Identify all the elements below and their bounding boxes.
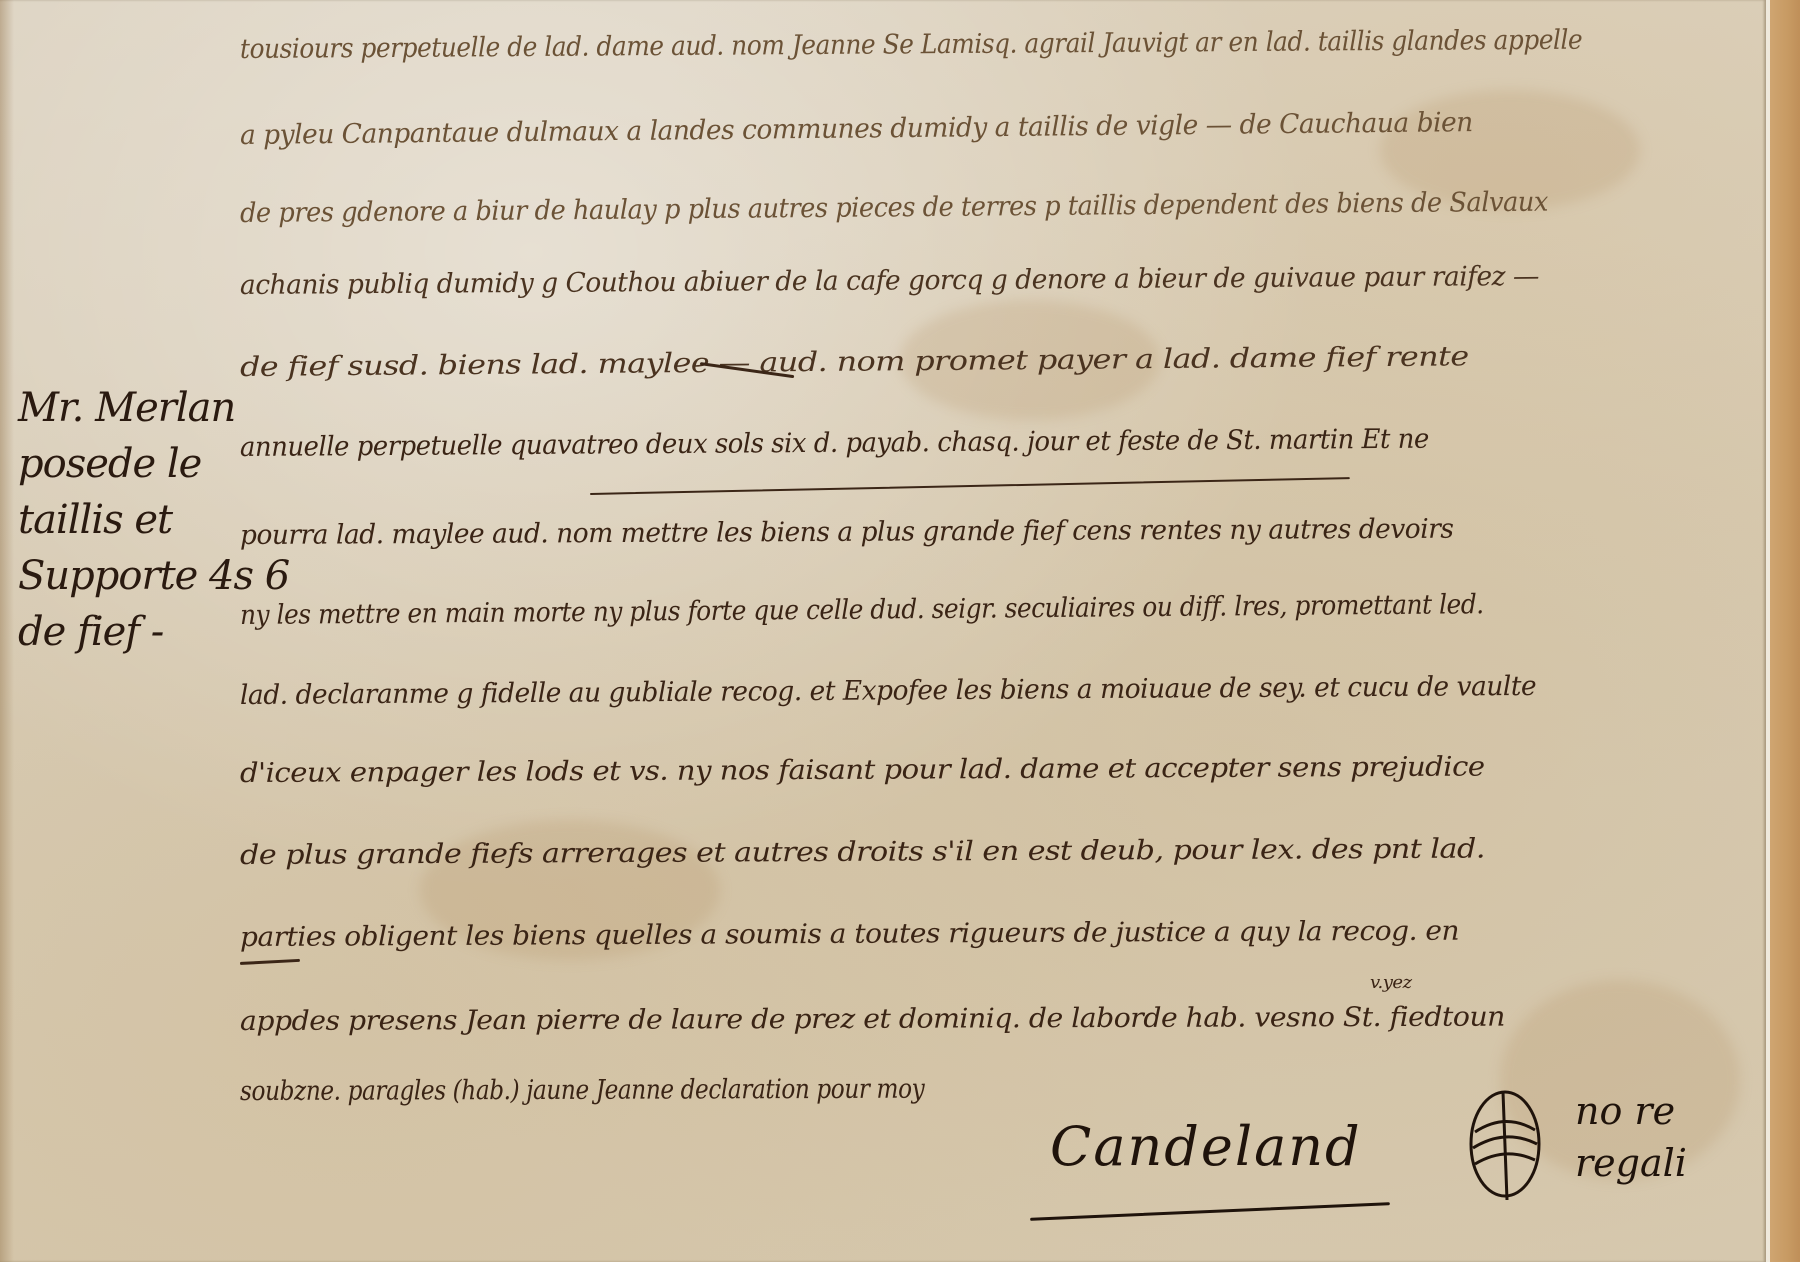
signature-notary: no re regali [1575,1085,1687,1189]
signature-underline [1030,1202,1390,1221]
notary-line: regali [1575,1137,1687,1189]
text-line-6: annuelle perpetuelle quavatreo deux sols… [240,424,1429,463]
text-line-13: appdes presens Jean pierre de laure de p… [240,1002,1505,1037]
manuscript-page: Mr. Merlan posede le taillis et Supporte… [0,0,1770,1262]
margin-line: posede le [18,436,248,492]
text-line-4: achanis publiq dumidy g Couthou abiuer d… [240,261,1539,301]
page-edge-shadow [0,0,14,1262]
text-line-5: de fief susd. biens lad. maylee — aud. n… [240,341,1469,383]
margin-line: taillis et [18,492,248,548]
strikethrough-stroke [240,959,300,965]
text-line-9: lad. declaranme g fidelle au gubliale re… [240,671,1536,711]
interlinear-note: v.yez [1370,972,1412,993]
text-line-8: ny les mettre en main morte ny plus fort… [240,589,1484,631]
margin-line: Mr. Merlan [18,380,248,436]
text-line-12: parties obligent les biens quelles a sou… [240,916,1459,953]
text-line-3: de pres gdenore a biur de haulay p plus … [240,187,1548,229]
notary-paraph-icon [1455,1082,1555,1212]
signature-main: Candeland [1050,1115,1362,1178]
text-underline [590,477,1350,495]
notary-line: no re [1575,1085,1687,1137]
margin-line: Supporte 4s 6 [18,548,248,604]
margin-line: de fief - [18,604,248,660]
wood-table-background [1770,0,1800,1262]
text-line-1: tousiours perpetuelle de lad. dame aud. … [240,25,1582,65]
text-line-14: soubzne. paragles (hab.) jaune Jeanne de… [240,1074,924,1107]
text-line-2: a pyleu Canpantaue dulmaux a landes comm… [240,107,1473,151]
text-line-11: de plus grande fiefs arrerages et autres… [240,833,1485,871]
text-line-7: pourra lad. maylee aud. nom mettre les b… [240,514,1454,551]
photo-scene: Mr. Merlan posede le taillis et Supporte… [0,0,1800,1262]
margin-annotation: Mr. Merlan posede le taillis et Supporte… [18,380,248,660]
text-line-10: d'iceux enpager les lods et vs. ny nos f… [240,751,1485,789]
